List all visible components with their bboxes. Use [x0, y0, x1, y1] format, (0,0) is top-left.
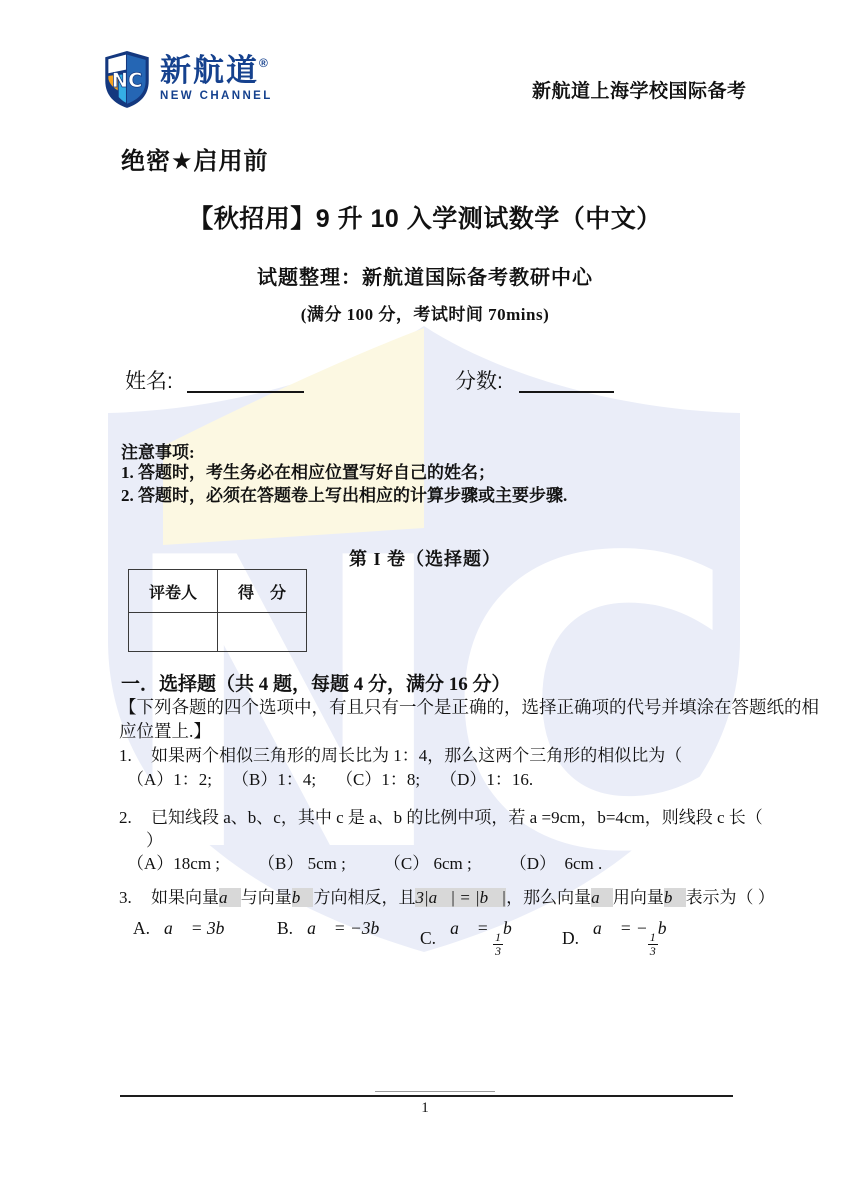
equation-term: 3|a⃗| = |b⃗|	[415, 888, 506, 907]
new-channel-logo: NC 新航道® NEW CHANNEL	[103, 50, 273, 110]
question-text: 已知线段 a、b、c，其中 c 是 a、b 的比例中项，若 a =9cm，b=4…	[151, 808, 763, 827]
grader-score-table: 评卷人 得 分	[128, 569, 307, 652]
option-label: D.	[562, 928, 579, 949]
part1-title: 第 I 卷（选择题）	[0, 545, 850, 571]
question-number: 3.	[119, 888, 151, 908]
question-2-options: （A）18cm ; （B） 5cm ; （C） 6cm ; （D） 6cm .	[127, 849, 602, 874]
option-formula: a⃗ = −3b⃗	[307, 918, 393, 939]
vector-a-term: a⃗	[591, 888, 613, 907]
option-label: A.	[133, 918, 150, 939]
fraction: 13	[493, 931, 503, 958]
score-label: 分数:	[455, 365, 503, 395]
vector-a-term: a⃗	[219, 888, 241, 907]
notice-item: 2. 答题时，必须在答题卷上写出相应的计算步骤或主要步骤.	[121, 484, 567, 507]
question-3-option-d: D. a⃗ = −13b⃗	[562, 918, 680, 958]
brand-cn-text: 新航道	[160, 53, 259, 88]
logo-brand-cn: 新航道®	[160, 55, 273, 86]
option: （C）1：8;	[336, 765, 420, 790]
fraction-denominator: 3	[495, 945, 501, 958]
score-blank-line	[519, 391, 614, 393]
name-blank-line	[187, 391, 304, 393]
question-3-option-a: A. a⃗ = 3b⃗	[133, 918, 238, 939]
fraction: 13	[648, 931, 658, 958]
score-column-header: 得 分	[218, 570, 307, 613]
option-formula: a⃗ = −13b⃗	[593, 918, 680, 958]
option-label: B.	[277, 918, 293, 939]
watermark-accent-shape	[163, 328, 424, 545]
formula-prefix: a⃗ =	[450, 918, 493, 938]
instruction-line: 应位置上.】	[119, 720, 819, 744]
notice-item: 1. 答题时，考生务必在相应位置写好自己的姓名；	[121, 461, 567, 484]
footer-divider	[120, 1095, 733, 1097]
section1-instructions: 【下列各题的四个选项中，有且只有一个是正确的，选择正确项的代号并填涂在答题纸的相…	[119, 696, 819, 743]
option: （A）1：2;	[127, 765, 212, 790]
name-label: 姓名:	[125, 365, 173, 395]
table-header-row: 评卷人 得 分	[129, 570, 307, 613]
formula-prefix: a⃗ = −	[593, 918, 648, 938]
nc-logo-shield-icon: NC	[103, 50, 151, 110]
option: （D） 6cm .	[510, 849, 603, 874]
table-empty-row	[129, 613, 307, 652]
question-3-option-c: C. a⃗ = 13b⃗	[420, 918, 525, 958]
vector-b-term: b⃗	[664, 888, 686, 907]
classification-label: 绝密★启用前	[121, 141, 269, 176]
logo-monogram: NC	[112, 69, 143, 92]
page-number: 1	[0, 1100, 850, 1117]
section1-heading: 一．选择题（共 4 题，每题 4 分，满分 16 分）	[121, 669, 511, 696]
question-3-option-b: B. a⃗ = −3b⃗	[277, 918, 393, 939]
grader-column-header: 评卷人	[129, 570, 218, 613]
exam-meta-line: (满分 100 分，考试时间 70mins)	[0, 300, 850, 325]
text-segment: 与向量	[241, 888, 292, 907]
question-1-options: （A）1：2; （B）1：4; （C）1：8; （D）1：16.	[127, 765, 533, 790]
formula-suffix: b⃗	[503, 918, 525, 938]
option: （B）1：4;	[232, 765, 316, 790]
page-title: 【秋招用】9 升 10 入学测试数学（中文）	[0, 199, 850, 235]
question-number: 2.	[119, 808, 151, 828]
formula-suffix: b⃗	[658, 918, 680, 938]
page-subtitle: 试题整理：新航道国际备考教研中心	[0, 261, 850, 290]
header-school-name: 新航道上海学校国际备考	[532, 76, 747, 103]
notice-list: 1. 答题时，考生务必在相应位置写好自己的姓名； 2. 答题时，必须在答题卷上写…	[121, 461, 567, 507]
fraction-denominator: 3	[650, 945, 656, 958]
question-text: 如果向量a⃗与向量b⃗方向相反，且3|a⃗| = |b⃗|，那么向量a⃗用向量b…	[151, 888, 775, 907]
grader-empty-cell	[129, 613, 218, 652]
vector-b-term: b⃗	[292, 888, 314, 907]
text-segment: 用向量	[613, 888, 664, 907]
logo-brand-en: NEW CHANNEL	[160, 90, 273, 102]
question-2-close-paren: ）	[146, 826, 163, 851]
question-number: 1.	[119, 746, 151, 766]
option: （D）1：16.	[440, 765, 533, 790]
option-label: C.	[420, 928, 436, 949]
footer-divider-short	[375, 1091, 495, 1092]
option: （B） 5cm ;	[258, 849, 346, 874]
option-formula: a⃗ = 3b⃗	[164, 918, 238, 939]
text-segment: ，那么向量	[506, 888, 591, 907]
fraction-numerator: 1	[648, 931, 658, 945]
score-empty-cell	[218, 613, 307, 652]
question-text: 如果两个相似三角形的周长比为 1：4，那么这两个三角形的相似比为（	[151, 746, 682, 765]
text-segment: 表示为（ ）	[686, 888, 775, 907]
notice-heading: 注意事项:	[121, 438, 195, 463]
option-formula: a⃗ = 13b⃗	[450, 918, 525, 958]
question-1: 1.如果两个相似三角形的周长比为 1：4，那么这两个三角形的相似比为（	[119, 741, 682, 766]
option: （C） 6cm ;	[384, 849, 472, 874]
registered-mark-icon: ®	[259, 56, 268, 70]
instruction-line: 【下列各题的四个选项中，有且只有一个是正确的，选择正确项的代号并填涂在答题纸的相	[119, 696, 819, 720]
fraction-numerator: 1	[493, 931, 503, 945]
text-segment: 如果向量	[151, 888, 219, 907]
option: （A）18cm ;	[127, 849, 220, 874]
question-2: 2.已知线段 a、b、c，其中 c 是 a、b 的比例中项，若 a =9cm，b…	[119, 803, 763, 828]
exam-page: NC NC 新航道® NEW CHANNEL 新航道上海学校国际备考 绝密★启用…	[0, 0, 850, 1200]
text-segment: 方向相反，且	[313, 888, 415, 907]
question-3: 3.如果向量a⃗与向量b⃗方向相反，且3|a⃗| = |b⃗|，那么向量a⃗用向…	[119, 883, 775, 908]
logo-brand-text: 新航道® NEW CHANNEL	[160, 50, 273, 102]
